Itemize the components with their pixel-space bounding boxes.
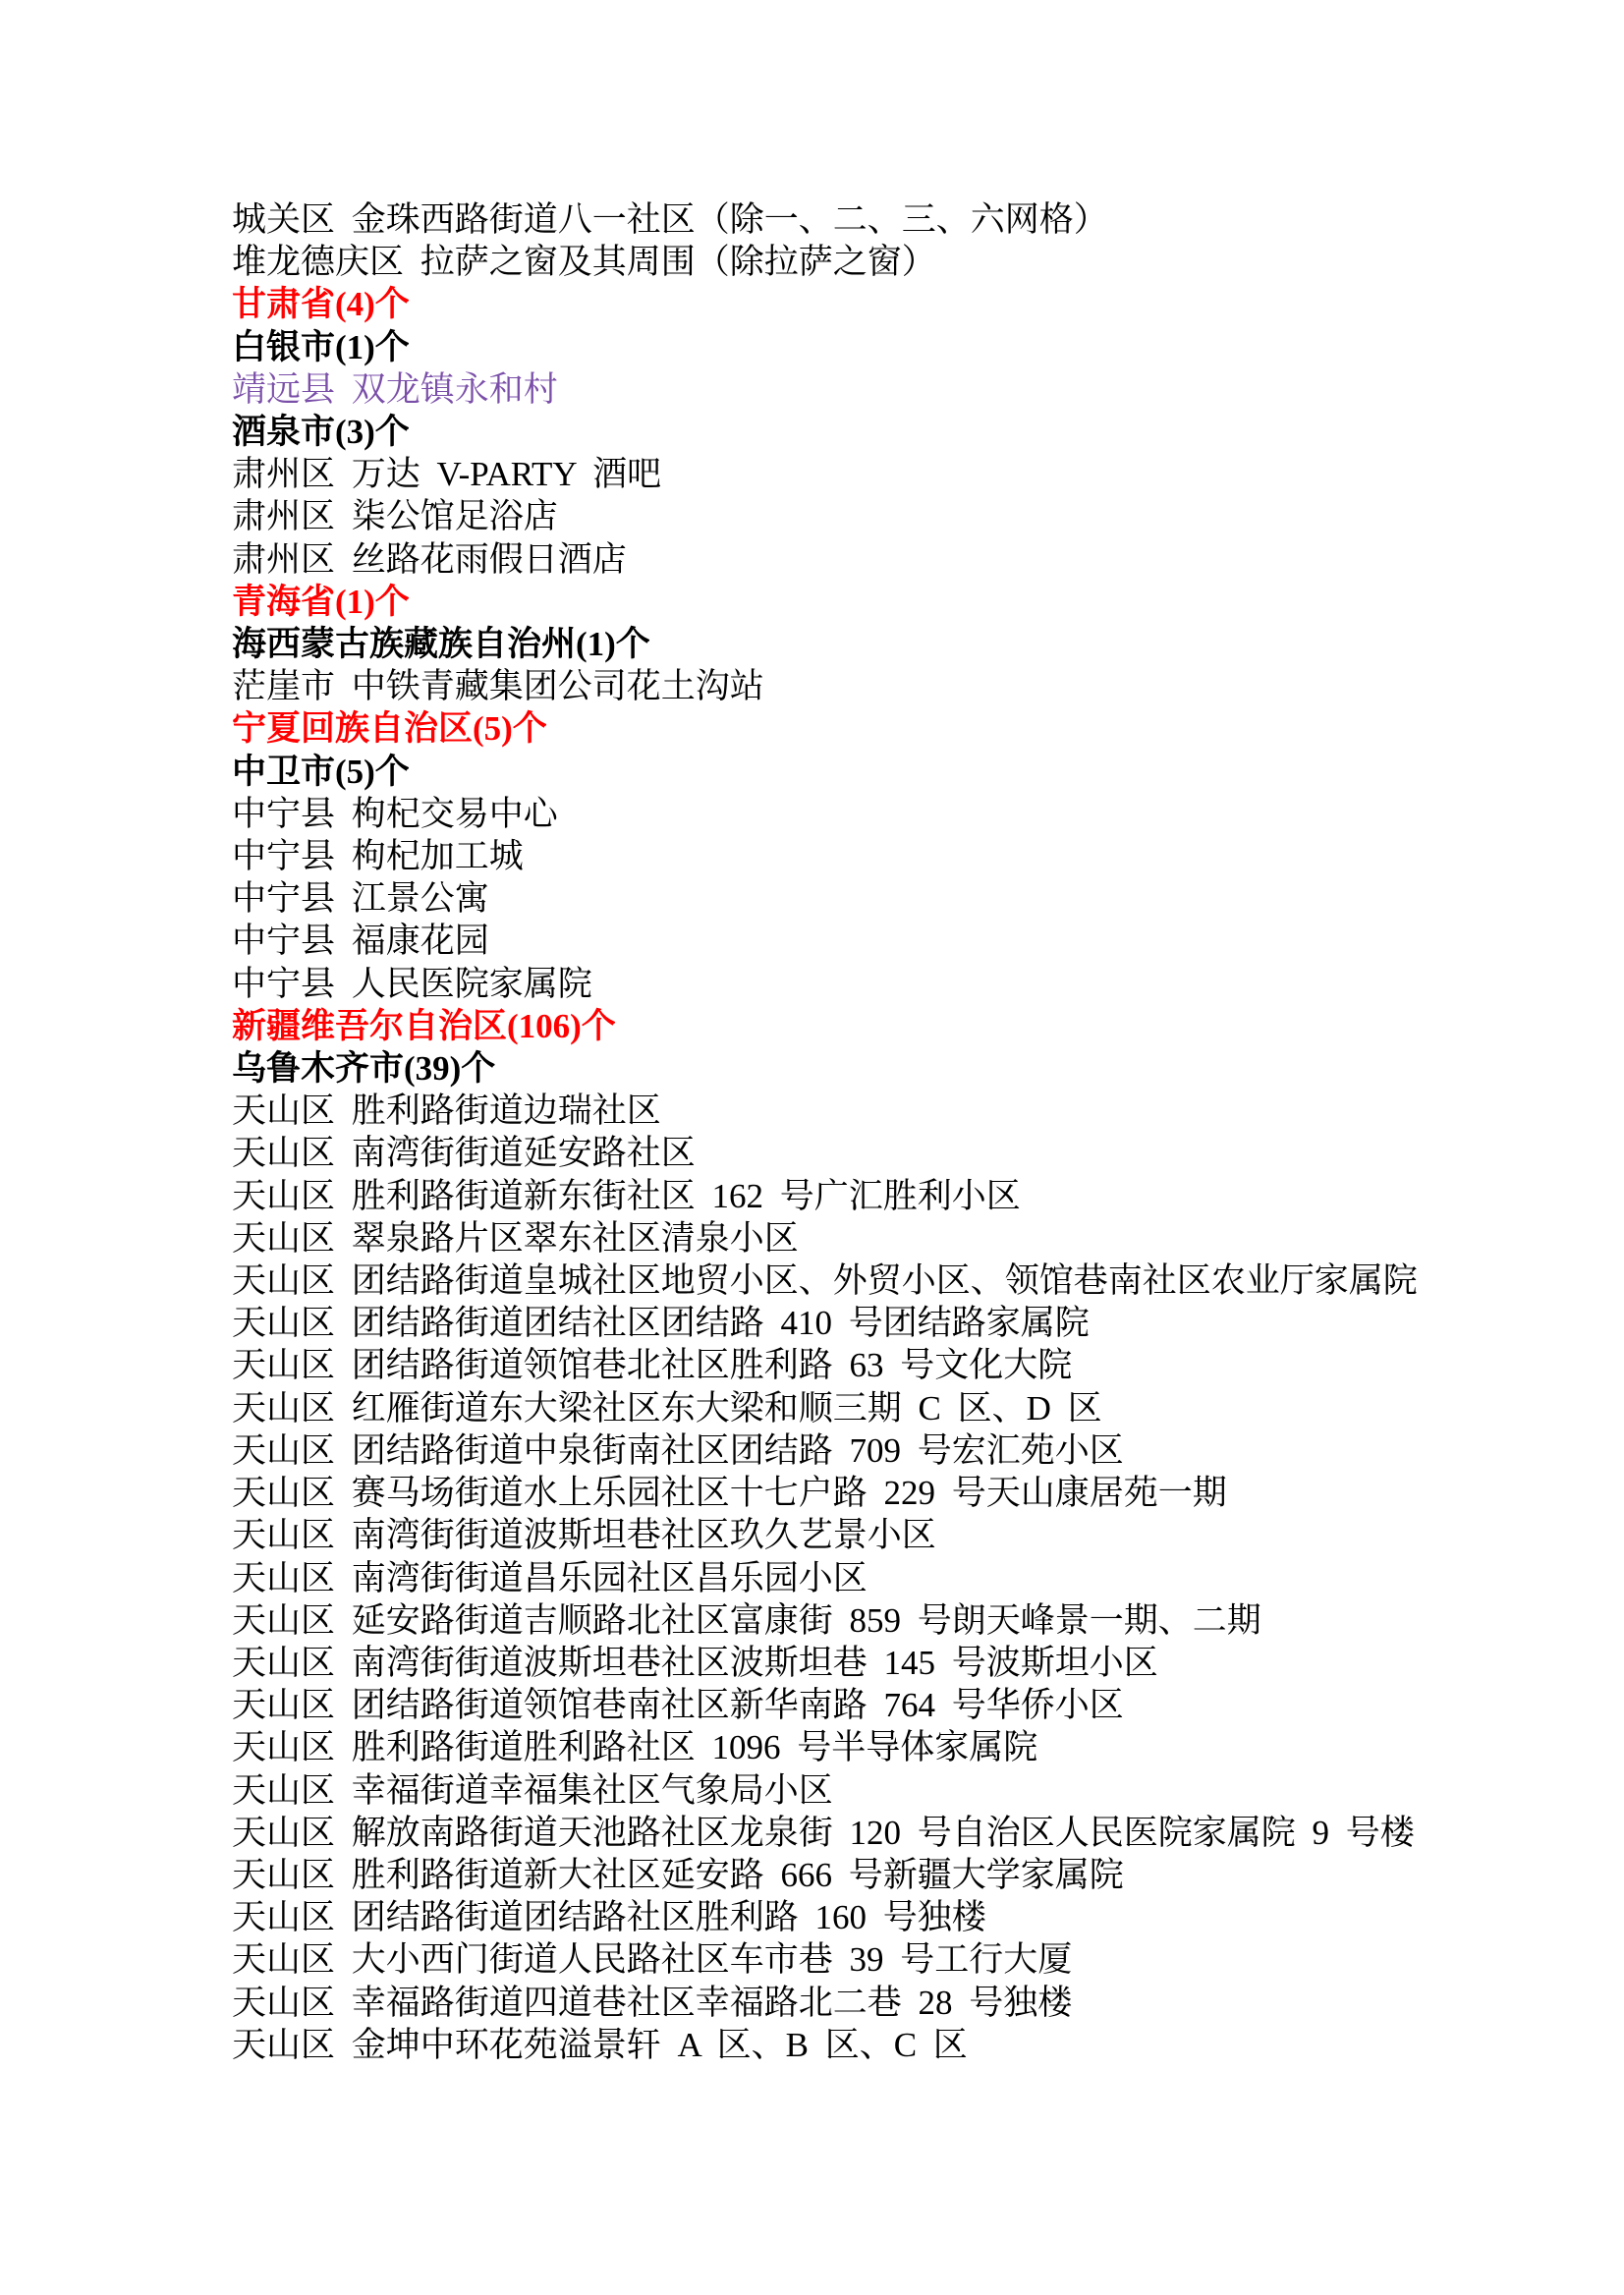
risk-area-row: 茫崖市 中铁青藏集团公司花土沟站: [232, 665, 1565, 707]
risk-area-row: 肃州区 万达 V-PARTY 酒吧: [232, 453, 1565, 495]
risk-area-row: 天山区 红雁街道东大梁社区东大梁和顺三期 C 区、D 区: [232, 1387, 1565, 1429]
risk-area-row: 肃州区 丝路花雨假日酒店: [232, 538, 1565, 581]
risk-area-list: 城关区 金珠西路街道八一社区（除一、二、三、六网格）堆龙德庆区 拉萨之窗及其周围…: [232, 198, 1565, 2066]
risk-area-row: 天山区 南湾街街道延安路社区: [232, 1132, 1565, 1174]
risk-area-row: 天山区 幸福街道幸福集社区气象局小区: [232, 1769, 1565, 1812]
city-header: 酒泉市(3)个: [232, 411, 1565, 453]
risk-area-row: 天山区 翠泉路片区翠东社区清泉小区: [232, 1217, 1565, 1259]
city-header: 中卫市(5)个: [232, 751, 1565, 793]
risk-area-row: 天山区 团结路街道团结社区团结路 410 号团结路家属院: [232, 1302, 1565, 1344]
risk-area-row: 中宁县 枸杞加工城: [232, 835, 1565, 877]
risk-area-row: 天山区 大小西门街道人民路社区车市巷 39 号工行大厦: [232, 1938, 1565, 1981]
risk-area-row: 城关区 金珠西路街道八一社区（除一、二、三、六网格）: [232, 198, 1565, 241]
city-header: 海西蒙古族藏族自治州(1)个: [232, 623, 1565, 665]
risk-area-row: 天山区 胜利路街道新大社区延安路 666 号新疆大学家属院: [232, 1854, 1565, 1896]
risk-area-row: 天山区 团结路街道领馆巷南社区新华南路 764 号华侨小区: [232, 1684, 1565, 1726]
city-header: 乌鲁木齐市(39)个: [232, 1047, 1565, 1090]
province-header: 新疆维吾尔自治区(106)个: [232, 1005, 1565, 1047]
risk-area-row: 中宁县 枸杞交易中心: [232, 793, 1565, 835]
risk-area-row: 肃州区 柒公馆足浴店: [232, 495, 1565, 537]
risk-area-row-highlighted: 靖远县 双龙镇永和村: [232, 368, 1565, 411]
risk-area-row: 天山区 胜利路街道边瑞社区: [232, 1090, 1565, 1132]
province-header: 青海省(1)个: [232, 581, 1565, 623]
risk-area-row: 天山区 赛马场街道水上乐园社区十七户路 229 号天山康居苑一期: [232, 1472, 1565, 1514]
risk-area-row: 中宁县 福康花园: [232, 920, 1565, 962]
risk-area-row: 天山区 团结路街道领馆巷北社区胜利路 63 号文化大院: [232, 1344, 1565, 1386]
risk-area-row: 天山区 胜利路街道胜利路社区 1096 号半导体家属院: [232, 1726, 1565, 1768]
province-header: 宁夏回族自治区(5)个: [232, 707, 1565, 750]
province-header: 甘肃省(4)个: [232, 283, 1565, 325]
risk-area-row: 中宁县 江景公寓: [232, 877, 1565, 920]
risk-area-row: 天山区 南湾街街道波斯坦巷社区波斯坦巷 145 号波斯坦小区: [232, 1642, 1565, 1684]
risk-area-row: 天山区 胜利路街道新东街社区 162 号广汇胜利小区: [232, 1175, 1565, 1217]
risk-area-row: 天山区 南湾街街道昌乐园社区昌乐园小区: [232, 1557, 1565, 1599]
risk-area-row: 天山区 团结路街道团结路社区胜利路 160 号独楼: [232, 1896, 1565, 1938]
risk-area-row: 天山区 解放南路街道天池路社区龙泉街 120 号自治区人民医院家属院 9 号楼: [232, 1812, 1565, 1854]
risk-area-row: 天山区 团结路街道中泉街南社区团结路 709 号宏汇苑小区: [232, 1429, 1565, 1472]
city-header: 白银市(1)个: [232, 326, 1565, 368]
risk-area-row: 天山区 团结路街道皇城社区地贸小区、外贸小区、领馆巷南社区农业厅家属院: [232, 1259, 1565, 1302]
risk-area-row: 天山区 金坤中环花苑溢景轩 A 区、B 区、C 区: [232, 2024, 1565, 2066]
risk-area-row: 天山区 幸福路街道四道巷社区幸福路北二巷 28 号独楼: [232, 1982, 1565, 2024]
risk-area-row: 天山区 延安路街道吉顺路北社区富康街 859 号朗天峰景一期、二期: [232, 1599, 1565, 1642]
risk-area-row: 堆龙德庆区 拉萨之窗及其周围（除拉萨之窗）: [232, 241, 1565, 283]
risk-area-row: 天山区 南湾街街道波斯坦巷社区玖久艺景小区: [232, 1514, 1565, 1556]
document-page: 城关区 金珠西路街道八一社区（除一、二、三、六网格）堆龙德庆区 拉萨之窗及其周围…: [232, 198, 1565, 2066]
risk-area-row: 中宁县 人民医院家属院: [232, 963, 1565, 1005]
